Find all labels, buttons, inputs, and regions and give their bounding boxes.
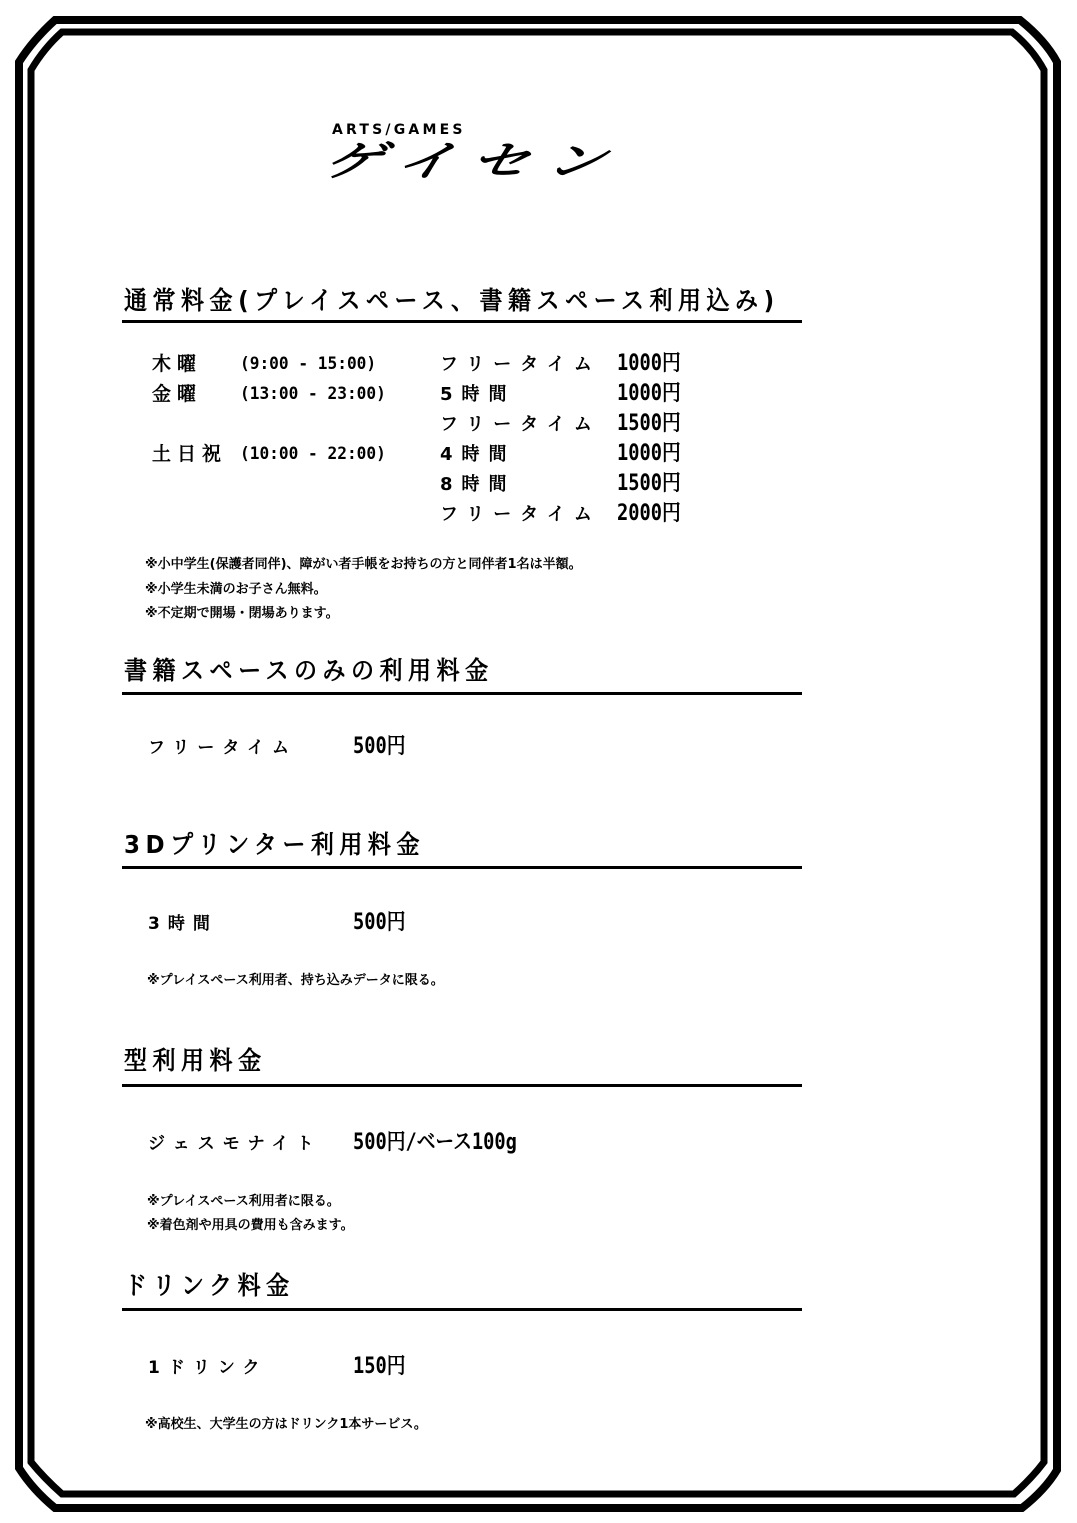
- divider: [122, 692, 802, 695]
- plan-price: 1000円: [617, 443, 681, 465]
- section-title-mold: 型利用料金: [124, 1048, 267, 1073]
- divider: [122, 1308, 802, 1311]
- plan-name: フリータイム: [440, 356, 601, 374]
- section-title-printer: 3Dプリンター利用料金: [124, 832, 425, 857]
- day-hours: (9:00 - 15:00): [240, 356, 376, 373]
- note: ※着色剤や用具の費用も含みます。: [147, 1219, 354, 1232]
- day-hours: (10:00 - 22:00): [240, 446, 386, 463]
- day-label: 金曜: [152, 385, 202, 404]
- plan-name: 4時間: [440, 446, 516, 464]
- note: ※プレイスペース利用者、持ち込みデータに限る。: [147, 974, 444, 987]
- plan-price: 1000円: [617, 383, 681, 405]
- plan-name: フリータイム: [440, 416, 601, 434]
- plan-name: 5時間: [440, 386, 516, 404]
- plan-price: 1500円: [617, 413, 681, 435]
- section-title-regular: 通常料金(プレイスペース、書籍スペース利用込み): [124, 288, 780, 313]
- note: ※高校生、大学生の方はドリンク1本サービス。: [145, 1418, 427, 1431]
- item-name: フリータイム: [148, 740, 297, 757]
- divider: [122, 866, 802, 869]
- item-price: 500円/ベース100g: [353, 1132, 517, 1154]
- divider: [122, 320, 802, 323]
- item-price: 500円: [353, 736, 405, 758]
- item-name: 1ドリンク: [148, 1360, 268, 1377]
- note: ※プレイスペース利用者に限る。: [147, 1195, 340, 1208]
- note: ※小中学生(保護者同伴)、障がい者手帳をお持ちの方と同伴者1名は半額。: [145, 558, 582, 571]
- day-label: 土日祝: [152, 445, 227, 464]
- day-label: 木曜: [152, 355, 202, 374]
- item-price: 150円: [353, 1356, 405, 1378]
- day-hours: (13:00 - 23:00): [240, 386, 386, 403]
- plan-price: 1500円: [617, 473, 681, 495]
- plan-name: フリータイム: [440, 506, 601, 524]
- item-price: 500円: [353, 912, 405, 934]
- plan-price: 2000円: [617, 503, 681, 525]
- divider: [122, 1084, 802, 1087]
- plan-name: 8時間: [440, 476, 516, 494]
- plan-price: 1000円: [617, 353, 681, 375]
- item-name: ジェスモナイト: [148, 1136, 321, 1153]
- item-name: 3時間: [148, 916, 218, 933]
- section-title-drink: ドリンク料金: [124, 1273, 295, 1298]
- section-title-books: 書籍スペースのみの利用料金: [124, 658, 494, 683]
- logo-name: ゲイセン: [320, 140, 629, 182]
- note: ※不定期で開場・閉場あります。: [145, 607, 339, 620]
- note: ※小学生未満のお子さん無料。: [145, 583, 327, 596]
